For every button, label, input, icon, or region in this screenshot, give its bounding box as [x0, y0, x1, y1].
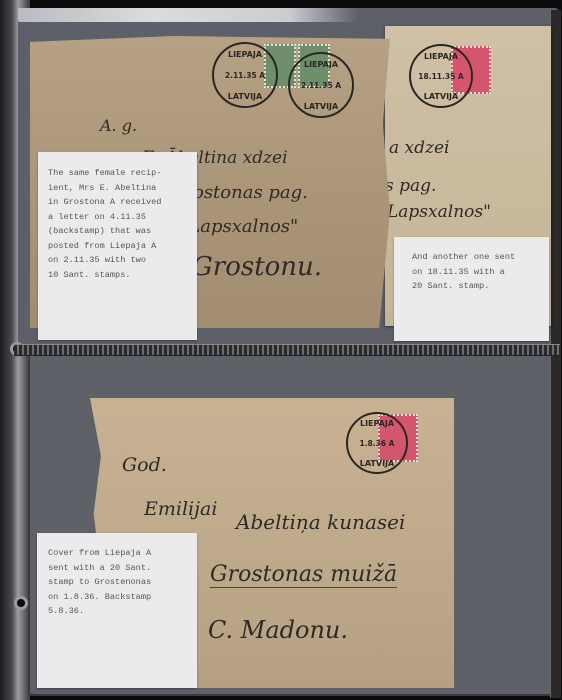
- label-line: stamp to Grostenonas: [48, 575, 197, 590]
- label-line: a letter on 4.11.35: [48, 210, 197, 225]
- postmark-date: 18.11.35 A: [411, 72, 471, 81]
- postmark: LIEPAJA 2.11.35 A LATVIJA: [212, 42, 278, 108]
- label-line: posted from Liepaja A: [48, 239, 197, 254]
- postmark: LIEPAJA 18.11.35 A LATVIJA: [409, 44, 473, 108]
- postmark-country: LATVIJA: [348, 459, 406, 468]
- address-line: A. g.: [100, 116, 137, 135]
- postmark-date: 2.11.35 A: [290, 81, 352, 90]
- postmark-date: 1.8.36 A: [348, 439, 406, 448]
- label-line: on 1.8.36. Backstamp: [48, 590, 197, 605]
- address-line: Grostonu.: [192, 252, 322, 282]
- postmark-town: LIEPAJA: [411, 52, 471, 61]
- label-line: (backstamp) that was: [48, 224, 197, 239]
- postmark-town: LIEPAJA: [348, 419, 406, 428]
- address-line: s pag.: [385, 176, 436, 196]
- address-line: Lapsxalnos": [387, 202, 491, 222]
- postmark-country: LATVIJA: [411, 92, 471, 101]
- sleeve-glare: [18, 8, 358, 22]
- address-line: "Lapsxalnos": [180, 216, 298, 237]
- label-line: 5.8.36.: [48, 604, 197, 619]
- address-line: a xdzei: [389, 138, 449, 158]
- address-line: God.: [122, 454, 167, 476]
- label-line: sent with a 20 Sant.: [48, 561, 197, 576]
- label-line: 20 Sant. stamp.: [412, 279, 549, 294]
- binder-hole: [14, 596, 28, 610]
- address-line: C. Madonu.: [208, 616, 348, 644]
- postmark: LIEPAJA 2.11.35 A LATVIJA: [288, 52, 354, 118]
- label-line: And another one sent: [412, 250, 549, 265]
- label-line: in Grostona A received: [48, 195, 197, 210]
- description-label-3: Cover from Liepaja A sent with a 20 Sant…: [37, 533, 197, 688]
- label-line: ient, Mrs E. Abeltina: [48, 181, 197, 196]
- postmark-town: LIEPAJA: [290, 60, 352, 69]
- description-label-2: And another one sent on 18.11.35 with a …: [394, 237, 549, 341]
- postmark-town: LIEPAJA: [214, 50, 276, 59]
- postmark-country: LATVIJA: [214, 92, 276, 101]
- label-line: on 18.11.35 with a: [412, 265, 549, 280]
- description-label-1: The same female recip- ient, Mrs E. Abel…: [38, 152, 197, 340]
- label-line: Cover from Liepaja A: [48, 546, 197, 561]
- address-line: Grostonas muižā: [210, 562, 397, 588]
- address-line: Abeltiņa kunasei: [236, 510, 405, 534]
- label-line: on 2.11.35 with two: [48, 253, 197, 268]
- label-line: The same female recip-: [48, 166, 197, 181]
- address-line: Emilijai: [144, 498, 217, 520]
- sleeve-divider: [14, 344, 560, 356]
- postmark: LIEPAJA 1.8.36 A LATVIJA: [346, 412, 408, 474]
- postmark-date: 2.11.35 A: [214, 71, 276, 80]
- label-line: 10 Sant. stamps.: [48, 268, 197, 283]
- postmark-country: LATVIJA: [290, 102, 352, 111]
